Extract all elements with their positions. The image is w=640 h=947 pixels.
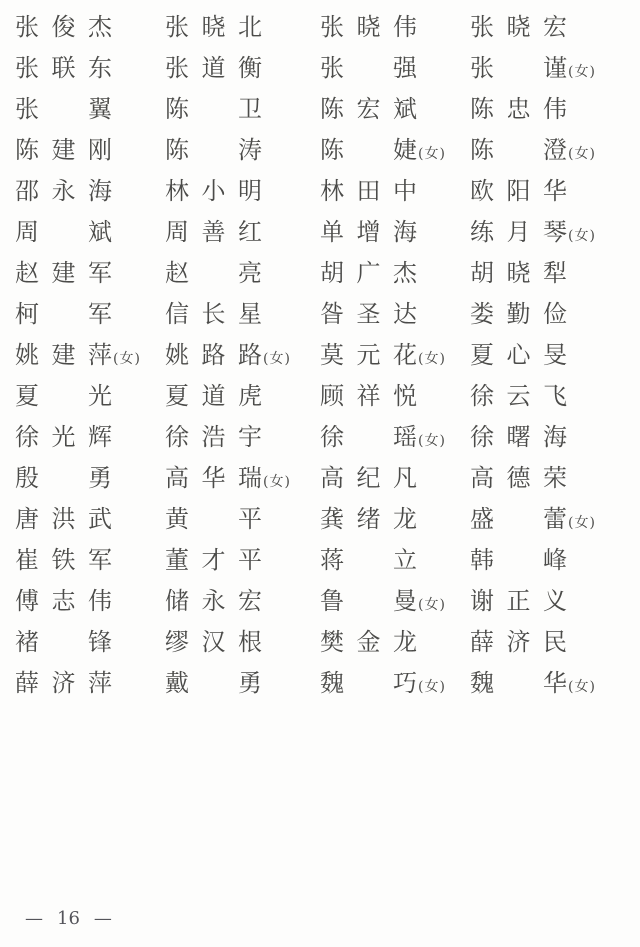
- name-item: 信长星: [165, 301, 320, 327]
- name-grid: 张俊杰张晓北张晓伟张晓宏张联东张道衡张强张谨(女)张翼陈卫陈宏斌陈忠伟陈建刚陈涛…: [15, 7, 630, 704]
- person-name: 殷勇: [15, 465, 112, 491]
- person-name: 徐曙海: [470, 424, 567, 450]
- person-name: 陈涛: [165, 137, 262, 163]
- person-name: 董才平: [165, 547, 262, 573]
- person-name: 陈卫: [165, 96, 262, 122]
- person-name: 胡广杰: [320, 260, 417, 286]
- person-name: 张晓伟: [320, 14, 417, 40]
- page-footer: — 16 —: [25, 908, 112, 929]
- person-name: 张道衡: [165, 55, 262, 81]
- name-item: 鲁曼(女): [320, 588, 470, 614]
- name-item: 龚绪龙: [320, 506, 470, 532]
- person-name: 姚建萍: [15, 342, 112, 368]
- name-item: 储永宏: [165, 588, 320, 614]
- person-name: 张晓北: [165, 14, 262, 40]
- name-item: 崔铁军: [15, 547, 165, 573]
- name-item: 柯军: [15, 301, 165, 327]
- name-item: 莫元花(女): [320, 342, 470, 368]
- gender-suffix: (女): [263, 471, 291, 491]
- name-item: 魏华(女): [470, 670, 630, 696]
- name-item: 薛济萍: [15, 670, 165, 696]
- person-name: 姚路路: [165, 342, 262, 368]
- person-name: 高纪凡: [320, 465, 417, 491]
- name-item: 徐云飞: [470, 383, 630, 409]
- person-name: 张翼: [15, 96, 112, 122]
- gender-suffix: (女): [263, 348, 291, 368]
- name-item: 傅志伟: [15, 588, 165, 614]
- name-item: 黄平: [165, 506, 320, 532]
- gender-suffix: (女): [568, 61, 596, 81]
- gender-suffix: (女): [568, 512, 596, 532]
- person-name: 薛济民: [470, 629, 567, 655]
- person-name: 魏巧: [320, 670, 417, 696]
- gender-suffix: (女): [568, 143, 596, 163]
- name-item: 魏巧(女): [320, 670, 470, 696]
- name-item: 唐洪武: [15, 506, 165, 532]
- name-item: 姚路路(女): [165, 342, 320, 368]
- person-name: 陈建刚: [15, 137, 112, 163]
- person-name: 谢正义: [470, 588, 567, 614]
- name-item: 张俊杰: [15, 14, 165, 40]
- person-name: 夏道虎: [165, 383, 262, 409]
- person-name: 戴勇: [165, 670, 262, 696]
- person-name: 娄勤俭: [470, 301, 567, 327]
- name-item: 夏光: [15, 383, 165, 409]
- footer-right-dash: —: [94, 908, 112, 929]
- name-item: 夏心旻: [470, 342, 630, 368]
- person-name: 林田中: [320, 178, 417, 204]
- name-item: 张晓宏: [470, 14, 630, 40]
- person-name: 盛蕾: [470, 506, 567, 532]
- page-number: 16: [57, 908, 80, 929]
- name-item: 林田中: [320, 178, 470, 204]
- person-name: 龚绪龙: [320, 506, 417, 532]
- name-item: 陈涛: [165, 137, 320, 163]
- person-name: 蒋立: [320, 547, 417, 573]
- person-name: 缪汉根: [165, 629, 262, 655]
- name-item: 陈宏斌: [320, 96, 470, 122]
- name-item: 褚锋: [15, 629, 165, 655]
- gender-suffix: (女): [113, 348, 141, 368]
- person-name: 徐浩宇: [165, 424, 262, 450]
- person-name: 陈宏斌: [320, 96, 417, 122]
- name-item: 樊金龙: [320, 629, 470, 655]
- name-item: 夏道虎: [165, 383, 320, 409]
- name-item: 徐光辉: [15, 424, 165, 450]
- name-item: 张谨(女): [470, 55, 630, 81]
- person-name: 张强: [320, 55, 417, 81]
- name-item: 娄勤俭: [470, 301, 630, 327]
- name-item: 胡晓犁: [470, 260, 630, 286]
- person-name: 夏心旻: [470, 342, 567, 368]
- person-name: 高德荣: [470, 465, 567, 491]
- person-name: 魏华: [470, 670, 567, 696]
- person-name: 单增海: [320, 219, 417, 245]
- gender-suffix: (女): [418, 143, 446, 163]
- name-item: 张强: [320, 55, 470, 81]
- name-item: 姚建萍(女): [15, 342, 165, 368]
- person-name: 高华瑞: [165, 465, 262, 491]
- person-name: 邵永海: [15, 178, 112, 204]
- person-name: 陈婕: [320, 137, 417, 163]
- person-name: 张谨: [470, 55, 567, 81]
- name-item: 陈澄(女): [470, 137, 630, 163]
- person-name: 信长星: [165, 301, 262, 327]
- name-item: 缪汉根: [165, 629, 320, 655]
- name-item: 欧阳华: [470, 178, 630, 204]
- name-item: 蒋立: [320, 547, 470, 573]
- name-item: 林小明: [165, 178, 320, 204]
- person-name: 张俊杰: [15, 14, 112, 40]
- person-name: 陈澄: [470, 137, 567, 163]
- name-item: 陈建刚: [15, 137, 165, 163]
- name-item: 高德荣: [470, 465, 630, 491]
- name-item: 单增海: [320, 219, 470, 245]
- name-item: 徐浩宇: [165, 424, 320, 450]
- gender-suffix: (女): [568, 676, 596, 696]
- person-name: 黄平: [165, 506, 262, 532]
- name-item: 胡广杰: [320, 260, 470, 286]
- name-item: 陈卫: [165, 96, 320, 122]
- person-name: 徐瑶: [320, 424, 417, 450]
- gender-suffix: (女): [418, 430, 446, 450]
- gender-suffix: (女): [568, 225, 596, 245]
- gender-suffix: (女): [418, 594, 446, 614]
- name-item: 韩峰: [470, 547, 630, 573]
- name-item: 昝圣达: [320, 301, 470, 327]
- person-name: 储永宏: [165, 588, 262, 614]
- person-name: 张联东: [15, 55, 112, 81]
- person-name: 昝圣达: [320, 301, 417, 327]
- person-name: 夏光: [15, 383, 112, 409]
- person-name: 唐洪武: [15, 506, 112, 532]
- name-item: 薛济民: [470, 629, 630, 655]
- person-name: 欧阳华: [470, 178, 567, 204]
- name-item: 陈婕(女): [320, 137, 470, 163]
- name-item: 殷勇: [15, 465, 165, 491]
- person-name: 傅志伟: [15, 588, 112, 614]
- person-name: 褚锋: [15, 629, 112, 655]
- name-item: 陈忠伟: [470, 96, 630, 122]
- name-item: 谢正义: [470, 588, 630, 614]
- person-name: 薛济萍: [15, 670, 112, 696]
- name-item: 高华瑞(女): [165, 465, 320, 491]
- name-item: 练月琴(女): [470, 219, 630, 245]
- name-item: 张道衡: [165, 55, 320, 81]
- person-name: 周善红: [165, 219, 262, 245]
- person-name: 鲁曼: [320, 588, 417, 614]
- name-item: 徐曙海: [470, 424, 630, 450]
- person-name: 顾祥悦: [320, 383, 417, 409]
- name-item: 张联东: [15, 55, 165, 81]
- name-item: 徐瑶(女): [320, 424, 470, 450]
- person-name: 韩峰: [470, 547, 567, 573]
- gender-suffix: (女): [418, 348, 446, 368]
- name-item: 戴勇: [165, 670, 320, 696]
- person-name: 周斌: [15, 219, 112, 245]
- name-item: 邵永海: [15, 178, 165, 204]
- person-name: 柯军: [15, 301, 112, 327]
- name-item: 周斌: [15, 219, 165, 245]
- person-name: 徐光辉: [15, 424, 112, 450]
- person-name: 莫元花: [320, 342, 417, 368]
- document-page: 张俊杰张晓北张晓伟张晓宏张联东张道衡张强张谨(女)张翼陈卫陈宏斌陈忠伟陈建刚陈涛…: [0, 0, 640, 947]
- person-name: 樊金龙: [320, 629, 417, 655]
- person-name: 林小明: [165, 178, 262, 204]
- name-item: 盛蕾(女): [470, 506, 630, 532]
- person-name: 练月琴: [470, 219, 567, 245]
- name-item: 张晓北: [165, 14, 320, 40]
- person-name: 胡晓犁: [470, 260, 567, 286]
- name-item: 高纪凡: [320, 465, 470, 491]
- person-name: 赵建军: [15, 260, 112, 286]
- person-name: 赵亮: [165, 260, 262, 286]
- person-name: 徐云飞: [470, 383, 567, 409]
- footer-left-dash: —: [25, 908, 43, 929]
- name-item: 赵建军: [15, 260, 165, 286]
- name-item: 顾祥悦: [320, 383, 470, 409]
- gender-suffix: (女): [418, 676, 446, 696]
- name-item: 董才平: [165, 547, 320, 573]
- person-name: 崔铁军: [15, 547, 112, 573]
- name-item: 张翼: [15, 96, 165, 122]
- person-name: 陈忠伟: [470, 96, 567, 122]
- name-item: 张晓伟: [320, 14, 470, 40]
- name-item: 赵亮: [165, 260, 320, 286]
- name-item: 周善红: [165, 219, 320, 245]
- person-name: 张晓宏: [470, 14, 567, 40]
